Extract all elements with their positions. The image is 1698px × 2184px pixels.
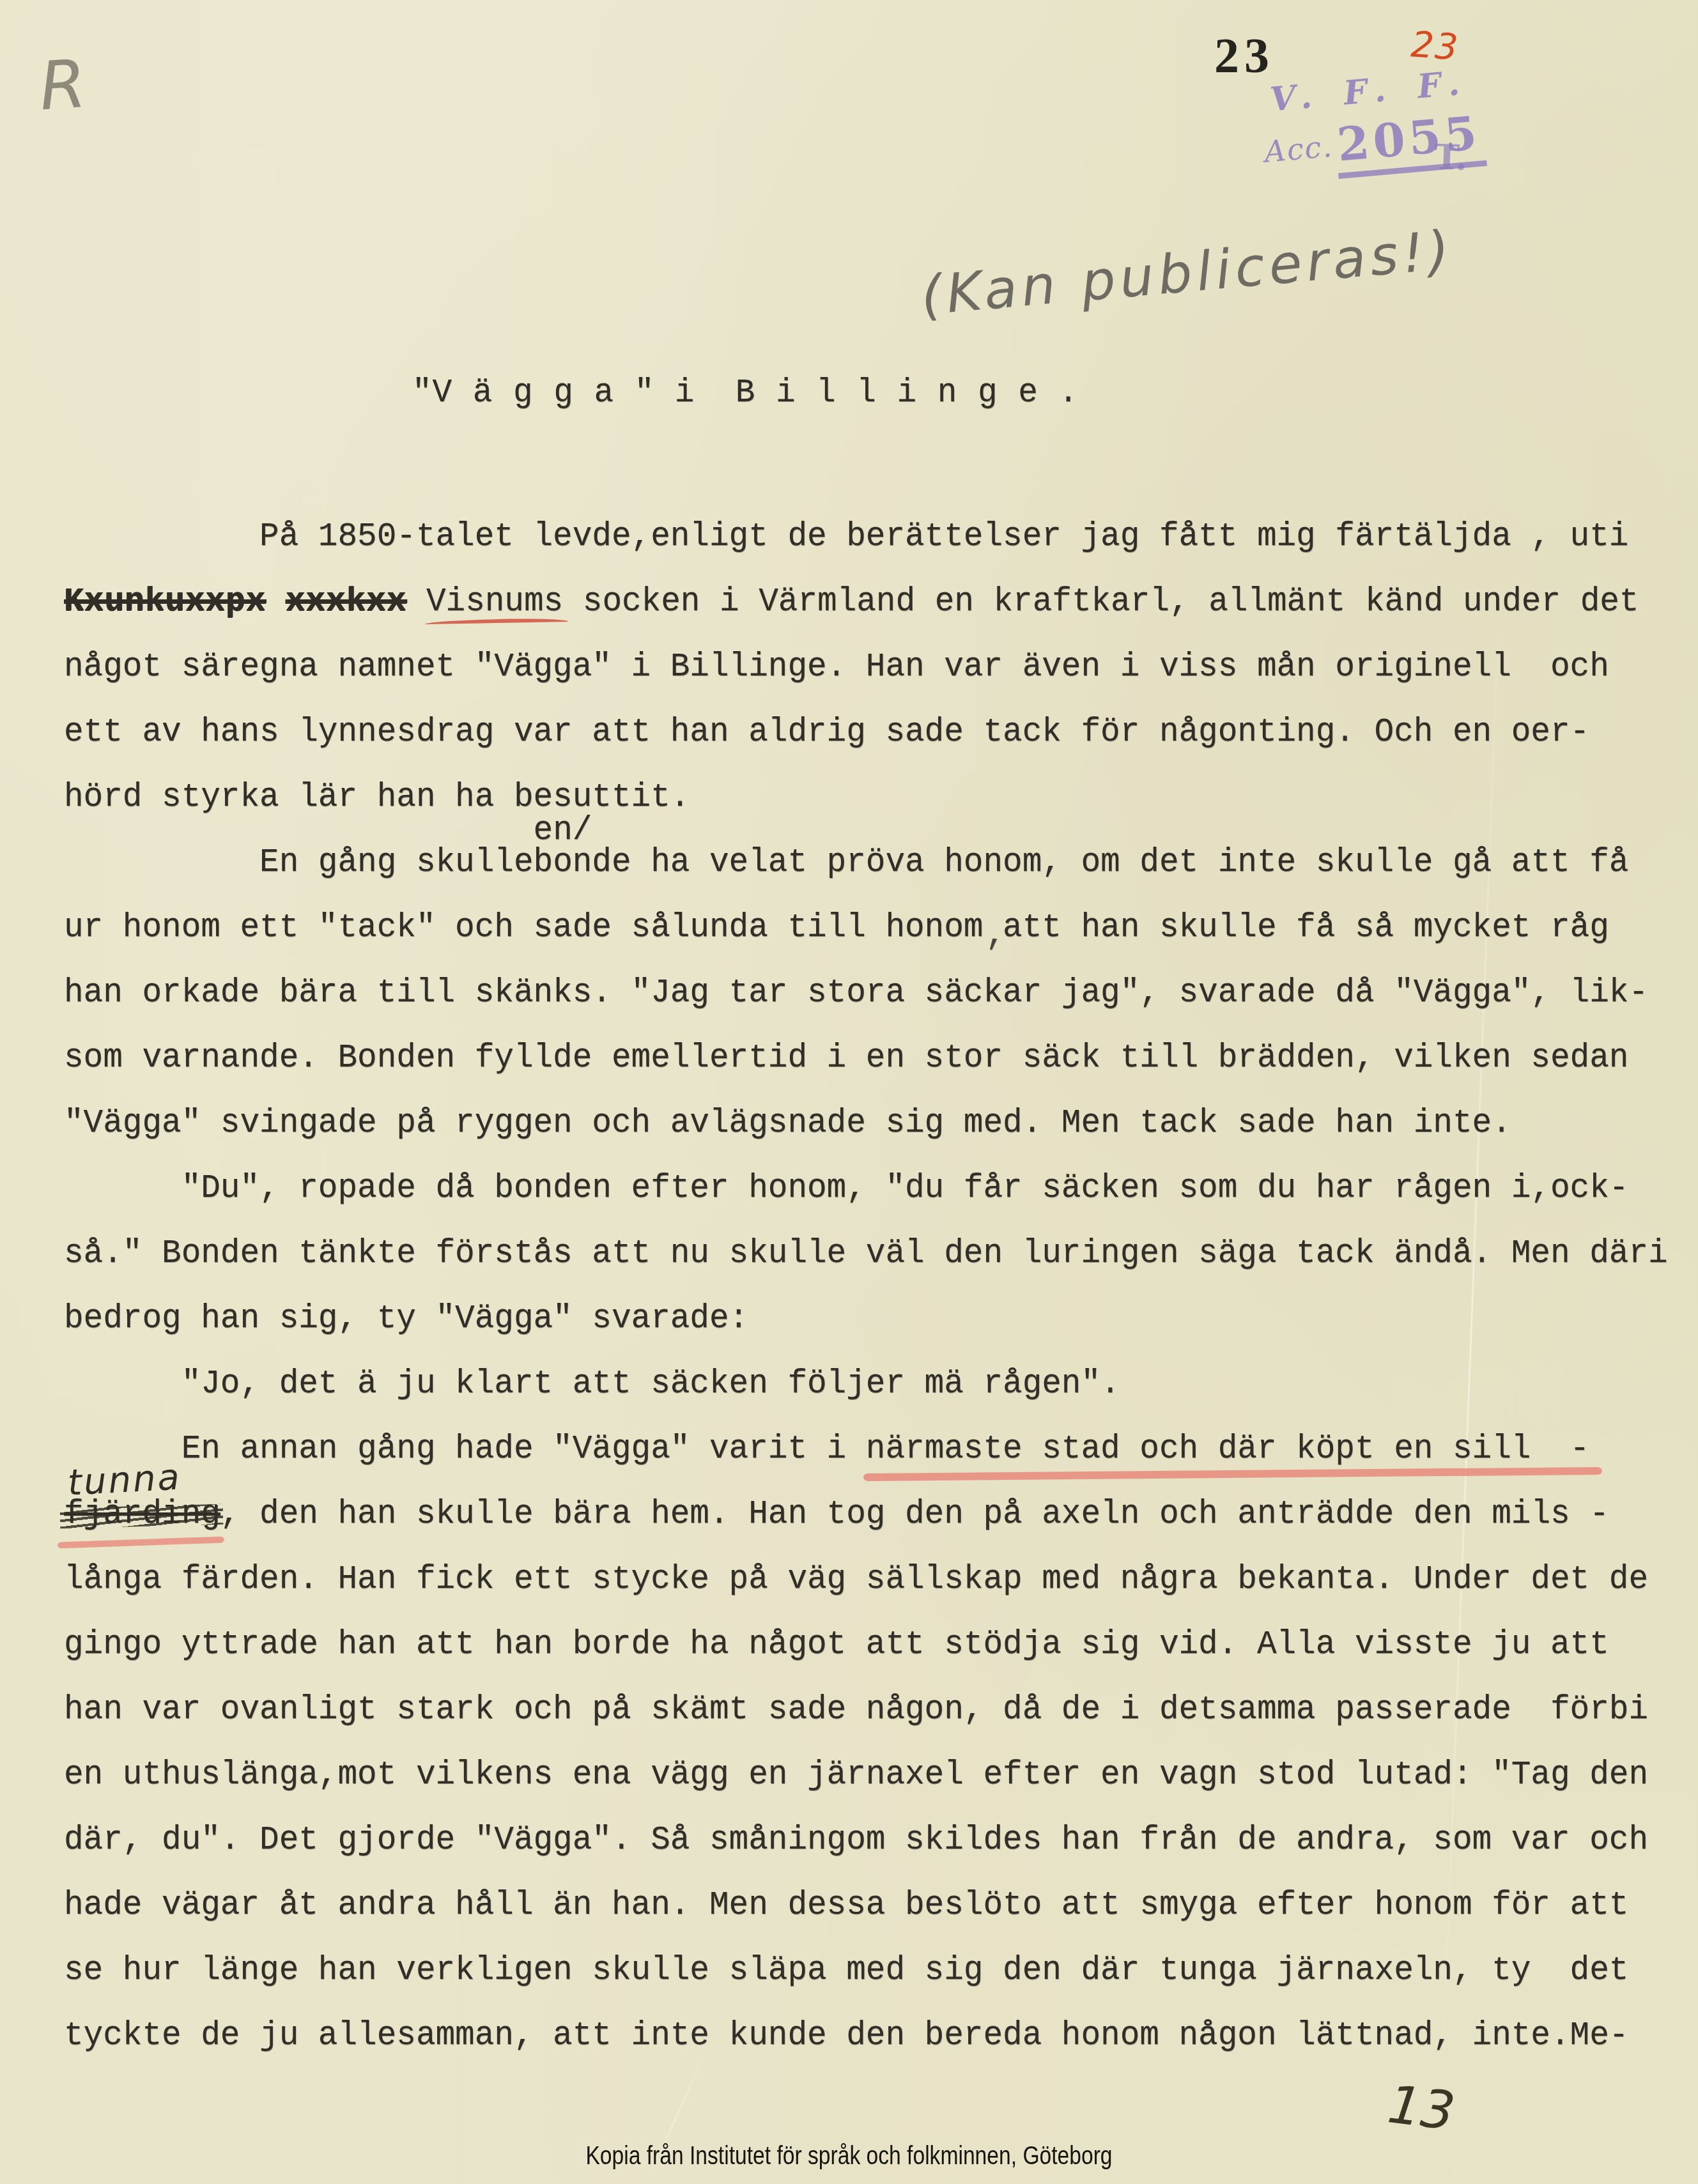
- typed-line: så." Bonden tänkte förstås att nu skulle…: [64, 1222, 1668, 1287]
- typed-text: hörd styrka lär han ha besuttit.: [64, 780, 690, 816]
- typed-text: han var ovanligt stark och på skämt sade…: [64, 1692, 1648, 1728]
- typed-text: ur honom ett "tack" och sade sålunda til…: [64, 910, 983, 946]
- typed-text: En annan gång hade "Vägga" varit i: [64, 1431, 866, 1468]
- typed-text: , den han skulle bära hem. Han tog den p…: [220, 1496, 1609, 1533]
- typed-text: långa färden. Han fick ett stycke på väg…: [64, 1562, 1648, 1598]
- typed-text: att han skulle få så mycket råg: [983, 910, 1609, 946]
- typed-line: hörd styrka lär han ha besuttit.: [64, 765, 1668, 831]
- typed-text-struck: xxxkxx: [286, 584, 407, 620]
- typed-text: [266, 584, 286, 620]
- typed-line: fjärding, den han skulle bära hem. Han t…: [64, 1482, 1668, 1548]
- typed-line: något säregna namnet "Vägga" i Billinge.…: [64, 635, 1668, 700]
- paper-background: R 23 23 V. F. F. Acc. 2055 T. (Kan publi…: [0, 0, 1698, 2184]
- typed-line: ett av hans lynnesdrag var att han aldri…: [64, 700, 1668, 765]
- page-number-typed: 23: [1214, 27, 1274, 84]
- typed-line: "Jo, det ä ju klart att säcken följer mä…: [64, 1352, 1668, 1417]
- typed-line: han orkade bära till skänks. "Jag tar st…: [64, 961, 1668, 1026]
- stamp-acc-label: Acc.: [1263, 129, 1334, 169]
- typed-line: "Vägga" svingade på ryggen och avlägsnad…: [64, 1091, 1668, 1157]
- typed-text: socken i Värmland en kraftkarl, allmänt …: [563, 584, 1639, 620]
- typed-text: På 1850-talet levde,enligt de berättelse…: [64, 519, 1628, 555]
- typed-line: där, du". Det gjorde "Vägga". Så småning…: [64, 1808, 1668, 1873]
- typed-text: han orkade bära till skänks. "Jag tar st…: [64, 975, 1648, 1011]
- typed-text-redline: närmaste stad och där köpt en sill -: [866, 1431, 1589, 1468]
- page-number-handwritten-red: 23: [1410, 24, 1461, 68]
- typed-text: som varnande. Bonden fyllde emellertid i…: [64, 1040, 1628, 1077]
- typed-line: som varnande. Bonden fyllde emellertid i…: [64, 1026, 1668, 1091]
- typed-body: På 1850-talet levde,enligt de berättelse…: [64, 505, 1668, 2069]
- pencil-annotation-publiceras: (Kan publiceras!): [918, 219, 1456, 327]
- typed-line: En gång skulleen/bonde ha velat pröva ho…: [64, 831, 1668, 896]
- typed-text: "Jo, det ä ju klart att säcken följer mä…: [64, 1366, 1120, 1403]
- typed-line: tyckte de ju allesamman, att inte kunde …: [64, 2004, 1668, 2069]
- typed-text: något säregna namnet "Vägga" i Billinge.…: [64, 649, 1609, 686]
- typed-line: bedrog han sig, ty "Vägga" svarade:: [64, 1287, 1668, 1352]
- typed-text: bonde ha velat pröva honom, om det inte …: [534, 845, 1629, 881]
- typed-line: På 1850-talet levde,enligt de berättelse…: [64, 505, 1668, 570]
- typed-line: hade vägar åt andra håll än han. Men des…: [64, 1873, 1668, 1939]
- typed-text-struck: Kxunkuxxpx: [64, 584, 266, 620]
- typed-text: "Du", ropade då bonden efter honom, "du …: [64, 1171, 1628, 1207]
- typed-text: bedrog han sig, ty "Vägga" svarade:: [64, 1301, 748, 1337]
- handwritten-correction-tunna: tunna: [66, 1456, 182, 1503]
- typed-line: se hur länge han verkligen skulle släpa …: [64, 1939, 1668, 2004]
- typed-text: där, du". Det gjorde "Vägga". Så småning…: [64, 1822, 1648, 1859]
- typed-text: så." Bonden tänkte förstås att nu skulle…: [64, 1236, 1668, 1272]
- typed-line: Kxunkuxxpx xxxkxx Visnums socken i Värml…: [64, 570, 1668, 635]
- typed-text: se hur länge han verkligen skulle släpa …: [64, 1953, 1628, 1989]
- typed-text: en uthuslänga,mot vilkens ena vägg en jä…: [64, 1757, 1648, 1794]
- typed-text: [406, 584, 426, 620]
- scanned-document-page: { "page": { "corner_mark": "R", "page_nu…: [0, 0, 1698, 2184]
- typed-line: gingo yttrade han att han borde ha något…: [64, 1613, 1668, 1678]
- typed-line: En annan gång hade "Vägga" varit i närma…: [64, 1417, 1668, 1482]
- typed-text: tyckte de ju allesamman, att inte kunde …: [64, 2018, 1628, 2054]
- archive-footer-caption: Kopia från Institutet för språk och folk…: [153, 2141, 1545, 2171]
- typed-line: han var ovanligt stark och på skämt sade…: [64, 1678, 1668, 1743]
- typed-line: ur honom ett "tack" och sade sålunda til…: [64, 896, 1668, 961]
- typed-line: en uthuslänga,mot vilkens ena vägg en jä…: [64, 1743, 1668, 1808]
- handwritten-corner-mark: R: [37, 45, 89, 126]
- typed-text-redthin: Visnums: [426, 584, 563, 620]
- typed-line: "Du", ropade då bonden efter honom, "du …: [64, 1157, 1668, 1222]
- typed-text: En gång skulle: [64, 845, 534, 881]
- document-title: "V ä g g a " i B i l l i n g e .: [412, 374, 1079, 413]
- handwritten-number-bottom: 13: [1385, 2074, 1458, 2142]
- stamp-extra-mark: T.: [1433, 136, 1468, 178]
- typed-text: "Vägga" svingade på ryggen och avlägsnad…: [64, 1105, 1511, 1142]
- typed-line: långa färden. Han fick ett stycke på väg…: [64, 1548, 1668, 1613]
- typed-text: hade vägar åt andra håll än han. Men des…: [64, 1888, 1628, 1924]
- typed-text: gingo yttrade han att han borde ha något…: [64, 1627, 1609, 1663]
- typed-text: ett av hans lynnesdrag var att han aldri…: [64, 714, 1589, 751]
